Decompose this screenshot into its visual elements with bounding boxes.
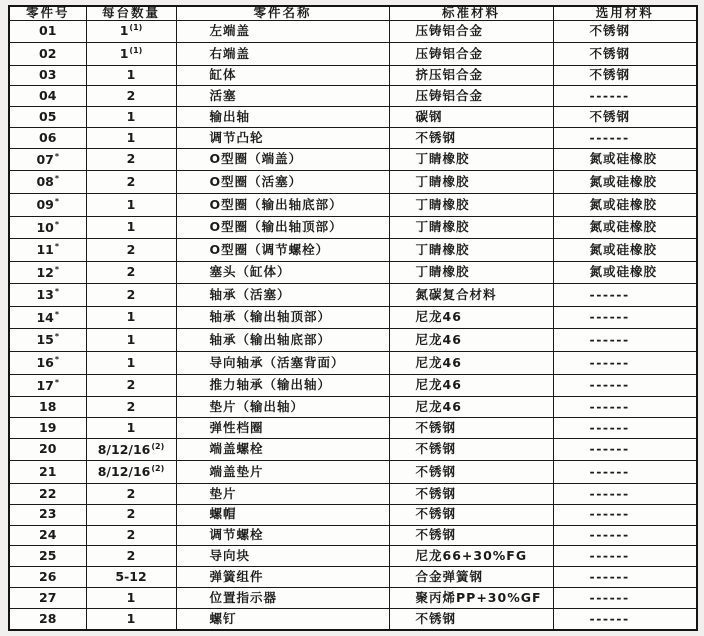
table-row: 05 1 输出轴 碳钢 不锈钢 xyxy=(9,107,697,128)
optional-material-value: ------ xyxy=(590,355,630,370)
part-number-asterisk: * xyxy=(55,174,59,183)
quantity-value: 1 xyxy=(120,24,129,39)
table-row: 13* 2 轴承（活塞） 氮碳复合材料 ------ xyxy=(9,284,697,307)
optional-material-value: 不锈钢 xyxy=(590,109,631,124)
part-number: 14 xyxy=(36,310,53,325)
quantity-value: 2 xyxy=(127,548,136,563)
part-number: 15 xyxy=(36,333,53,348)
standard-material-value: 尼龙46 xyxy=(416,309,462,324)
part-name: 轴承（输出轴底部） xyxy=(210,332,332,347)
part-number: 09 xyxy=(36,197,53,212)
quantity-value: 1 xyxy=(120,46,129,61)
quantity-value: 2 xyxy=(127,486,136,501)
table-row: 19 1 弹性档圈 不锈钢 ------ xyxy=(9,418,697,439)
part-name: 垫片（输出轴） xyxy=(210,399,305,414)
optional-material-value: ------ xyxy=(590,332,630,347)
part-name: O型圈（调节螺栓） xyxy=(210,242,330,257)
part-name: O型圈（活塞） xyxy=(210,174,303,189)
optional-material-value: ------ xyxy=(590,527,630,542)
standard-material-value: 丁睛橡胶 xyxy=(416,197,470,212)
optional-material-value: 氮或硅橡胶 xyxy=(590,151,658,166)
table-row: 23 2 螺帽 不锈钢 ------ xyxy=(9,504,697,525)
optional-material-value: 氮或硅橡胶 xyxy=(590,219,658,234)
optional-material-value: ------ xyxy=(590,590,630,605)
optional-material-value: ------ xyxy=(590,309,630,324)
part-number: 22 xyxy=(39,486,56,501)
standard-material-value: 丁睛橡胶 xyxy=(416,242,470,257)
quantity-value: 2 xyxy=(127,242,136,257)
part-name: 塞头（缸体） xyxy=(210,264,291,279)
part-name: 缸体 xyxy=(210,67,237,82)
quantity-value: 2 xyxy=(127,88,136,103)
table-row: 14* 1 轴承（输出轴顶部） 尼龙46 ------ xyxy=(9,306,697,329)
part-name: 导向轴承（活塞背面） xyxy=(210,355,345,370)
table-row: 02 1(1) 右端盖 压铸铝合金 不锈钢 xyxy=(9,43,697,66)
part-name: 输出轴 xyxy=(210,109,251,124)
standard-material-value: 挤压铝合金 xyxy=(416,67,484,82)
optional-material-value: 不锈钢 xyxy=(590,67,631,82)
optional-material-value: 不锈钢 xyxy=(590,46,631,61)
table-row: 20 8/12/16(2) 端盖螺栓 不锈钢 ------ xyxy=(9,438,697,461)
column-header-optional-material: 选用材料 xyxy=(553,6,697,20)
quantity-value: 8/12/16 xyxy=(98,442,151,457)
standard-material-value: 压铸铝合金 xyxy=(416,46,484,61)
quantity-value: 2 xyxy=(127,174,136,189)
part-name: 调节螺栓 xyxy=(210,527,264,542)
parts-table: 零件号 每台数量 零件名称 标准材料 选用材料 01 1(1) 左端盖 压铸铝合… xyxy=(8,5,698,631)
part-number-asterisk: * xyxy=(55,310,59,319)
quantity-value: 1 xyxy=(127,109,136,124)
optional-material-value: ------ xyxy=(590,377,630,392)
optional-material-value: 氮或硅橡胶 xyxy=(590,197,658,212)
part-name: 活塞 xyxy=(210,88,237,103)
table-row: 21 8/12/16(2) 端盖垫片 不锈钢 ------ xyxy=(9,461,697,484)
optional-material-value: ------ xyxy=(590,420,630,435)
quantity-footnote: (1) xyxy=(129,46,142,55)
table-row: 28 1 螺钉 不锈钢 ------ xyxy=(9,608,697,630)
part-name: 推力轴承（输出轴） xyxy=(210,377,332,392)
standard-material-value: 尼龙66+30%FG xyxy=(416,548,528,563)
table-row: 01 1(1) 左端盖 压铸铝合金 不锈钢 xyxy=(9,20,697,43)
standard-material-value: 不锈钢 xyxy=(416,527,457,542)
quantity-value: 1 xyxy=(127,611,136,626)
standard-material-value: 尼龙46 xyxy=(416,355,462,370)
quantity-value: 2 xyxy=(127,377,136,392)
part-name: O型圈（端盖） xyxy=(210,151,303,166)
optional-material-value: ------ xyxy=(590,548,630,563)
standard-material-value: 丁睛橡胶 xyxy=(416,151,470,166)
quantity-value: 1 xyxy=(127,332,136,347)
part-number-asterisk: * xyxy=(55,265,59,274)
standard-material-value: 丁睛橡胶 xyxy=(416,219,470,234)
optional-material-value: ------ xyxy=(590,464,630,479)
optional-material-value: ------ xyxy=(590,506,630,521)
part-name: 端盖垫片 xyxy=(210,464,264,479)
part-number: 12 xyxy=(36,265,53,280)
table-row: 10* 1 O型圈（输出轴顶部） 丁睛橡胶 氮或硅橡胶 xyxy=(9,216,697,239)
part-number-asterisk: * xyxy=(55,287,59,296)
part-number-asterisk: * xyxy=(55,242,59,251)
part-number: 21 xyxy=(39,464,56,479)
table-row: 15* 1 轴承（输出轴底部） 尼龙46 ------ xyxy=(9,329,697,352)
part-name: O型圈（输出轴底部） xyxy=(210,197,343,212)
standard-material-value: 压铸铝合金 xyxy=(416,23,484,38)
part-number: 18 xyxy=(39,399,56,414)
part-number: 27 xyxy=(39,590,56,605)
standard-material-value: 丁睛橡胶 xyxy=(416,174,470,189)
table-row: 26 5-12 弹簧组件 合金弹簧钢 ------ xyxy=(9,567,697,588)
part-number: 16 xyxy=(36,355,53,370)
standard-material-value: 尼龙46 xyxy=(416,377,462,392)
quantity-value: 1 xyxy=(127,67,136,82)
quantity-footnote: (1) xyxy=(129,23,142,32)
part-number: 04 xyxy=(39,88,56,103)
part-number: 01 xyxy=(39,23,56,38)
standard-material-value: 不锈钢 xyxy=(416,441,457,456)
table-row: 07* 2 O型圈（端盖） 丁睛橡胶 氮或硅橡胶 xyxy=(9,148,697,171)
standard-material-value: 氮碳复合材料 xyxy=(416,287,497,302)
part-name: 轴承（输出轴顶部） xyxy=(210,309,332,324)
standard-material-value: 合金弹簧钢 xyxy=(416,569,484,584)
optional-material-value: ------ xyxy=(590,486,630,501)
quantity-value: 1 xyxy=(127,420,136,435)
quantity-value: 1 xyxy=(127,590,136,605)
standard-material-value: 碳钢 xyxy=(416,109,443,124)
standard-material-value: 尼龙46 xyxy=(416,332,462,347)
parts-list-document: 零件号 每台数量 零件名称 标准材料 选用材料 01 1(1) 左端盖 压铸铝合… xyxy=(8,5,698,631)
part-number-asterisk: * xyxy=(55,332,59,341)
part-number: 19 xyxy=(39,420,56,435)
part-name: 弹性档圈 xyxy=(210,420,264,435)
table-row: 09* 1 O型圈（输出轴底部） 丁睛橡胶 氮或硅橡胶 xyxy=(9,194,697,217)
part-name: 左端盖 xyxy=(210,23,251,38)
part-number: 13 xyxy=(36,287,53,302)
part-number: 17 xyxy=(36,378,53,393)
quantity-value: 2 xyxy=(127,527,136,542)
part-number: 05 xyxy=(39,109,56,124)
part-number: 06 xyxy=(39,130,56,145)
column-header-quantity-per-unit: 每台数量 xyxy=(86,6,176,20)
quantity-value: 1 xyxy=(127,219,136,234)
optional-material-value: ------ xyxy=(590,611,630,626)
part-number: 10 xyxy=(36,220,53,235)
optional-material-value: ------ xyxy=(590,569,630,584)
table-row: 24 2 调节螺栓 不锈钢 ------ xyxy=(9,525,697,546)
quantity-value: 2 xyxy=(127,399,136,414)
optional-material-value: ------ xyxy=(590,399,630,414)
table-row: 03 1 缸体 挤压铝合金 不锈钢 xyxy=(9,65,697,86)
table-row: 16* 1 导向轴承（活塞背面） 尼龙46 ------ xyxy=(9,352,697,375)
optional-material-value: 氮或硅橡胶 xyxy=(590,264,658,279)
standard-material-value: 不锈钢 xyxy=(416,506,457,521)
part-number: 07 xyxy=(36,152,53,167)
quantity-value: 2 xyxy=(127,287,136,302)
quantity-value: 2 xyxy=(127,506,136,521)
quantity-footnote: (2) xyxy=(151,442,164,451)
part-name: O型圈（输出轴顶部） xyxy=(210,219,343,234)
part-number-asterisk: * xyxy=(55,152,59,161)
part-name: 垫片 xyxy=(210,486,237,501)
table-row: 17* 2 推力轴承（输出轴） 尼龙46 ------ xyxy=(9,374,697,397)
table-row: 18 2 垫片（输出轴） 尼龙46 ------ xyxy=(9,397,697,418)
standard-material-value: 不锈钢 xyxy=(416,486,457,501)
quantity-value: 8/12/16 xyxy=(98,464,151,479)
part-name: 螺钉 xyxy=(210,611,237,626)
optional-material-value: ------ xyxy=(590,88,630,103)
quantity-value: 2 xyxy=(127,151,136,166)
part-number: 25 xyxy=(39,548,56,563)
quantity-value: 1 xyxy=(127,309,136,324)
part-number: 02 xyxy=(39,46,56,61)
part-number: 11 xyxy=(36,242,53,257)
table-row: 06 1 调节凸轮 不锈钢 ------ xyxy=(9,128,697,149)
quantity-value: 2 xyxy=(127,264,136,279)
standard-material-value: 丁睛橡胶 xyxy=(416,264,470,279)
part-name: 螺帽 xyxy=(210,506,237,521)
part-name: 导向块 xyxy=(210,548,251,563)
part-name: 端盖螺栓 xyxy=(210,441,264,456)
table-row: 12* 2 塞头（缸体） 丁睛橡胶 氮或硅橡胶 xyxy=(9,261,697,284)
standard-material-value: 聚丙烯PP+30%GF xyxy=(416,590,542,605)
standard-material-value: 不锈钢 xyxy=(416,611,457,626)
part-name: 弹簧组件 xyxy=(210,569,264,584)
quantity-value: 1 xyxy=(127,130,136,145)
optional-material-value: ------ xyxy=(590,441,630,456)
part-number: 03 xyxy=(39,67,56,82)
standard-material-value: 尼龙46 xyxy=(416,399,462,414)
table-row: 25 2 导向块 尼龙66+30%FG ------ xyxy=(9,546,697,567)
part-number: 20 xyxy=(39,441,56,456)
optional-material-value: ------ xyxy=(590,287,630,302)
optional-material-value: 氮或硅橡胶 xyxy=(590,242,658,257)
table-row: 11* 2 O型圈（调节螺栓） 丁睛橡胶 氮或硅橡胶 xyxy=(9,239,697,262)
standard-material-value: 不锈钢 xyxy=(416,130,457,145)
table-row: 22 2 垫片 不锈钢 ------ xyxy=(9,483,697,504)
part-number: 24 xyxy=(39,527,56,542)
table-header-row: 零件号 每台数量 零件名称 标准材料 选用材料 xyxy=(9,6,697,20)
table-row: 08* 2 O型圈（活塞） 丁睛橡胶 氮或硅橡胶 xyxy=(9,171,697,194)
column-header-part-name: 零件名称 xyxy=(176,6,389,20)
optional-material-value: 氮或硅橡胶 xyxy=(590,174,658,189)
standard-material-value: 不锈钢 xyxy=(416,420,457,435)
table-row: 27 1 位置指示器 聚丙烯PP+30%GF ------ xyxy=(9,587,697,608)
column-header-part-number: 零件号 xyxy=(9,6,86,20)
table-row: 04 2 活塞 压铸铝合金 ------ xyxy=(9,86,697,107)
part-number-asterisk: * xyxy=(55,220,59,229)
part-name: 轴承（活塞） xyxy=(210,287,291,302)
part-number: 08 xyxy=(36,175,53,190)
standard-material-value: 不锈钢 xyxy=(416,464,457,479)
part-number-asterisk: * xyxy=(55,378,59,387)
quantity-value: 1 xyxy=(127,197,136,212)
optional-material-value: ------ xyxy=(590,130,630,145)
part-name: 右端盖 xyxy=(210,46,251,61)
quantity-footnote: (2) xyxy=(151,464,164,473)
part-name: 位置指示器 xyxy=(210,590,278,605)
part-number-asterisk: * xyxy=(55,355,59,364)
part-number: 26 xyxy=(39,569,56,584)
part-number: 23 xyxy=(39,506,56,521)
optional-material-value: 不锈钢 xyxy=(590,23,631,38)
quantity-value: 5-12 xyxy=(115,569,146,584)
part-number: 28 xyxy=(39,611,56,626)
standard-material-value: 压铸铝合金 xyxy=(416,88,484,103)
column-header-standard-material: 标准材料 xyxy=(389,6,553,20)
quantity-value: 1 xyxy=(127,355,136,370)
part-number-asterisk: * xyxy=(55,197,59,206)
part-name: 调节凸轮 xyxy=(210,130,264,145)
